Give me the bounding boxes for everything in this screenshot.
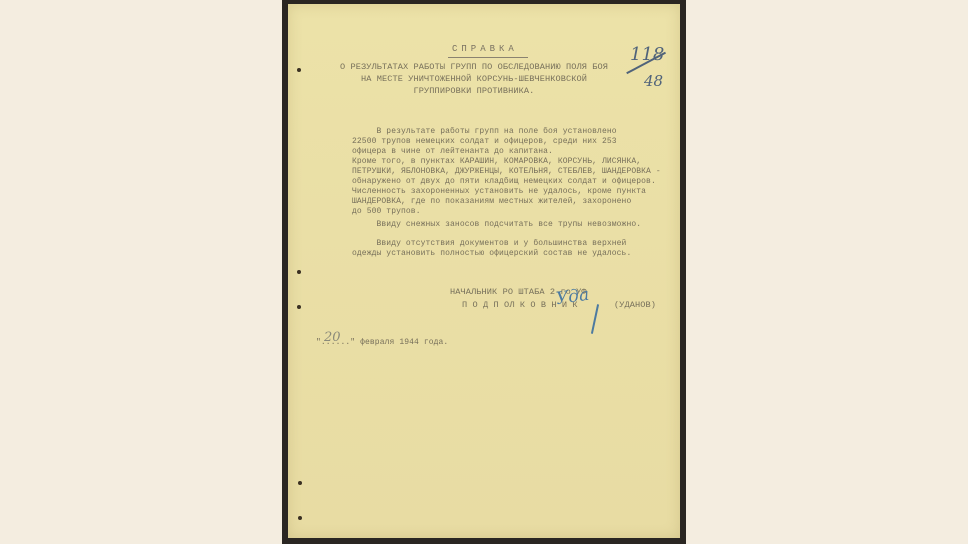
paragraph-1-line-2: 22500 трупов немецких солдат и офицеров,…	[352, 137, 617, 147]
paragraph-1-line-5: ПЕТРУШКИ, ЯБЛОНОВКА, ДЖУРЖЕНЦЫ, КОТЕЛЬНЯ…	[352, 167, 661, 177]
paragraph-3-line-1: Ввиду отсутствия документов и у большинс…	[352, 239, 626, 249]
document-page: СПРАВКА О РЕЗУЛЬТАТАХ РАБОТЫ ГРУПП ПО ОБ…	[288, 4, 680, 538]
paragraph-1-line-4: Кроме того, в пунктах КАРАШИН, КОМАРОВКА…	[352, 157, 641, 167]
paragraph-3-line-2: одежды установить полностью офицерский с…	[352, 249, 631, 259]
subtitle-line-2: НА МЕСТЕ УНИЧТОЖЕННОЙ КОРСУНЬ-ШЕВЧЕНКОВС…	[334, 74, 614, 84]
paragraph-1-line-9: до 500 трупов.	[352, 207, 421, 217]
signature-name: (УДАНОВ)	[614, 300, 656, 310]
paragraph-1-line-7: Численность захороненных установить не у…	[352, 187, 646, 197]
paragraph-1-line-1: В результате работы групп на поле боя ус…	[352, 127, 617, 137]
paragraph-1-line-3: офицера в чине от лейтенанта до капитана…	[352, 147, 553, 157]
signature-stroke	[591, 304, 599, 334]
punch-hole	[297, 305, 301, 309]
archive-number: 48	[644, 72, 663, 90]
punch-hole	[297, 68, 301, 72]
title-underline	[448, 57, 528, 58]
punch-hole	[298, 481, 302, 485]
date-handwritten: 20	[324, 330, 341, 345]
paragraph-1-line-6: обнаружено от двух до пяти кладбищ немец…	[352, 177, 656, 187]
paragraph-2: Ввиду снежных заносов подсчитать все тру…	[352, 220, 641, 230]
handwritten-signature: Уда	[555, 285, 591, 309]
document-title: СПРАВКА	[452, 44, 518, 54]
subtitle-line-3: ГРУППИРОВКИ ПРОТИВНИКА.	[354, 86, 594, 96]
punch-hole	[298, 516, 302, 520]
punch-hole	[297, 270, 301, 274]
paragraph-1-line-8: ШАНДЕРОВКА, где по показаниям местных жи…	[352, 197, 631, 207]
subtitle-line-1: О РЕЗУЛЬТАТАХ РАБОТЫ ГРУПП ПО ОБСЛЕДОВАН…	[324, 62, 624, 72]
